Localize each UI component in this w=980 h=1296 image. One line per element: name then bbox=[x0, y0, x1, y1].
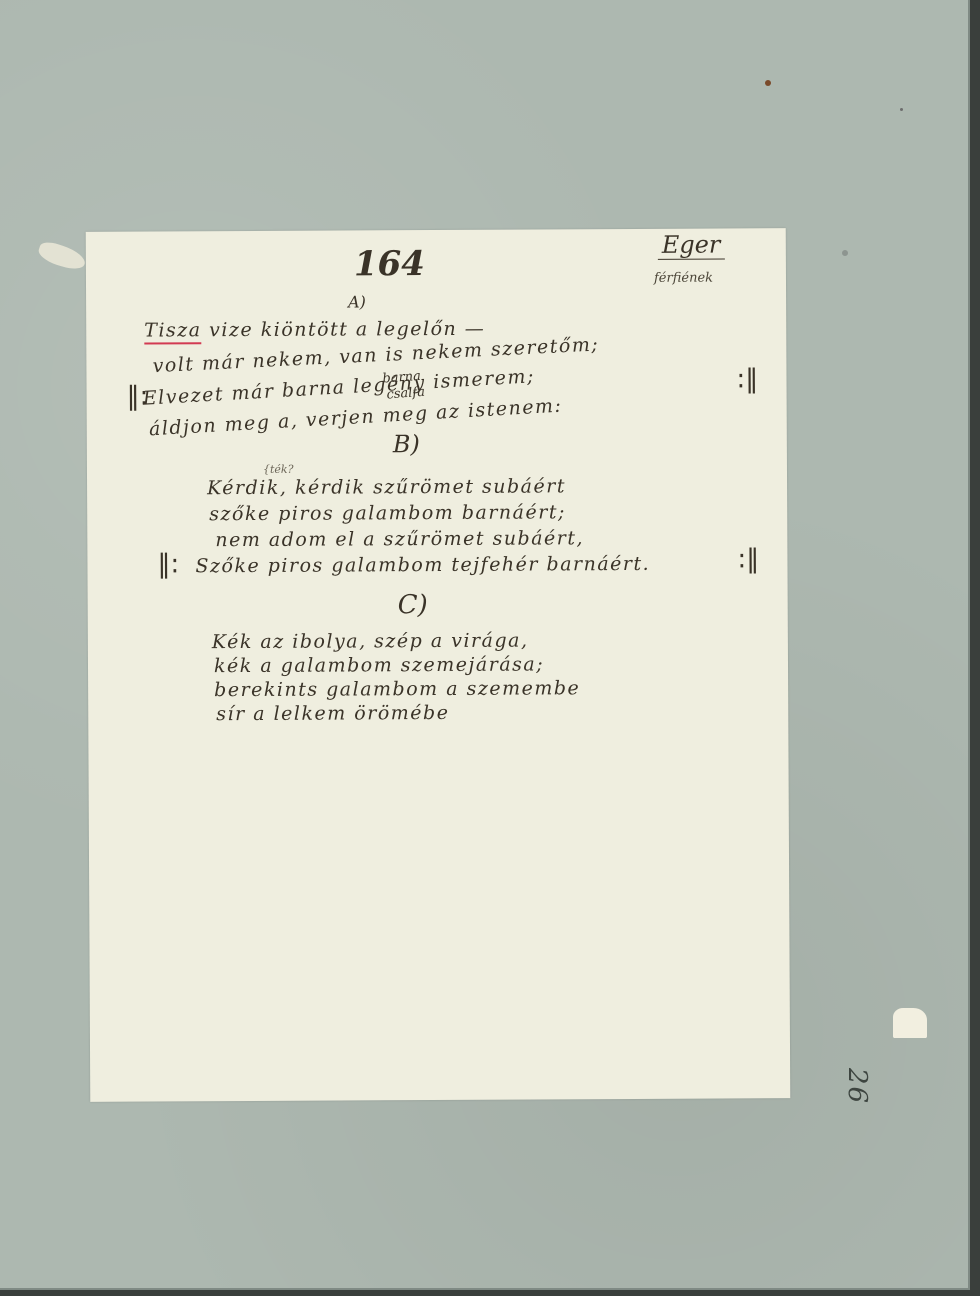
section-c-label: C) bbox=[398, 590, 428, 620]
stain-spot bbox=[765, 80, 771, 86]
verse-line: Kérdik, kérdik szűrömet subáért bbox=[207, 475, 566, 499]
verse-line: Tisza vize kiöntött a legelőn — bbox=[144, 318, 485, 342]
verse-line: kék a galambom szemejárása; bbox=[214, 653, 544, 677]
verse-line: szőke piros galambom barnáért; bbox=[209, 501, 566, 525]
repeat-mark-end: :‖ bbox=[736, 364, 758, 394]
underlined-first-word: Tisza bbox=[144, 319, 201, 344]
stain-spot bbox=[842, 250, 848, 256]
section-b-label: B) bbox=[393, 430, 420, 458]
paper-remnant bbox=[36, 239, 88, 273]
verse-line: nem adom el a szűrömet subáért, bbox=[215, 527, 584, 551]
verse-line: Kék az ibolya, szép a virága, bbox=[212, 630, 529, 654]
paper-remnant bbox=[893, 1008, 927, 1038]
stain-spot bbox=[900, 108, 903, 111]
verse-line: berekints galambom a szemembe bbox=[214, 677, 580, 701]
verse-text: vize kiöntött a legelőn — bbox=[202, 318, 486, 341]
verse-line: Szőke piros galambom tejfehér barnáért. bbox=[195, 553, 650, 577]
side-page-number: 26 bbox=[842, 1068, 872, 1105]
verse-line: sír a lelkem örömébe bbox=[216, 702, 449, 725]
section-a-label: A) bbox=[348, 292, 366, 311]
song-number: 164 bbox=[354, 244, 425, 284]
manuscript-sheet: 164 Eger férfiének A) Tisza vize kiöntöt… bbox=[86, 228, 791, 1102]
repeat-mark-end: :‖ bbox=[737, 544, 759, 574]
margin-annotation: {ték? bbox=[263, 463, 294, 476]
location-label: Eger bbox=[658, 230, 725, 259]
repeat-mark-start: ‖: bbox=[157, 549, 179, 579]
repeat-mark-start: ‖: bbox=[127, 382, 149, 412]
mounting-board: 26 164 Eger férfiének A) Tisza vize kiön… bbox=[0, 0, 970, 1290]
performer-note: férfiének bbox=[654, 271, 713, 286]
